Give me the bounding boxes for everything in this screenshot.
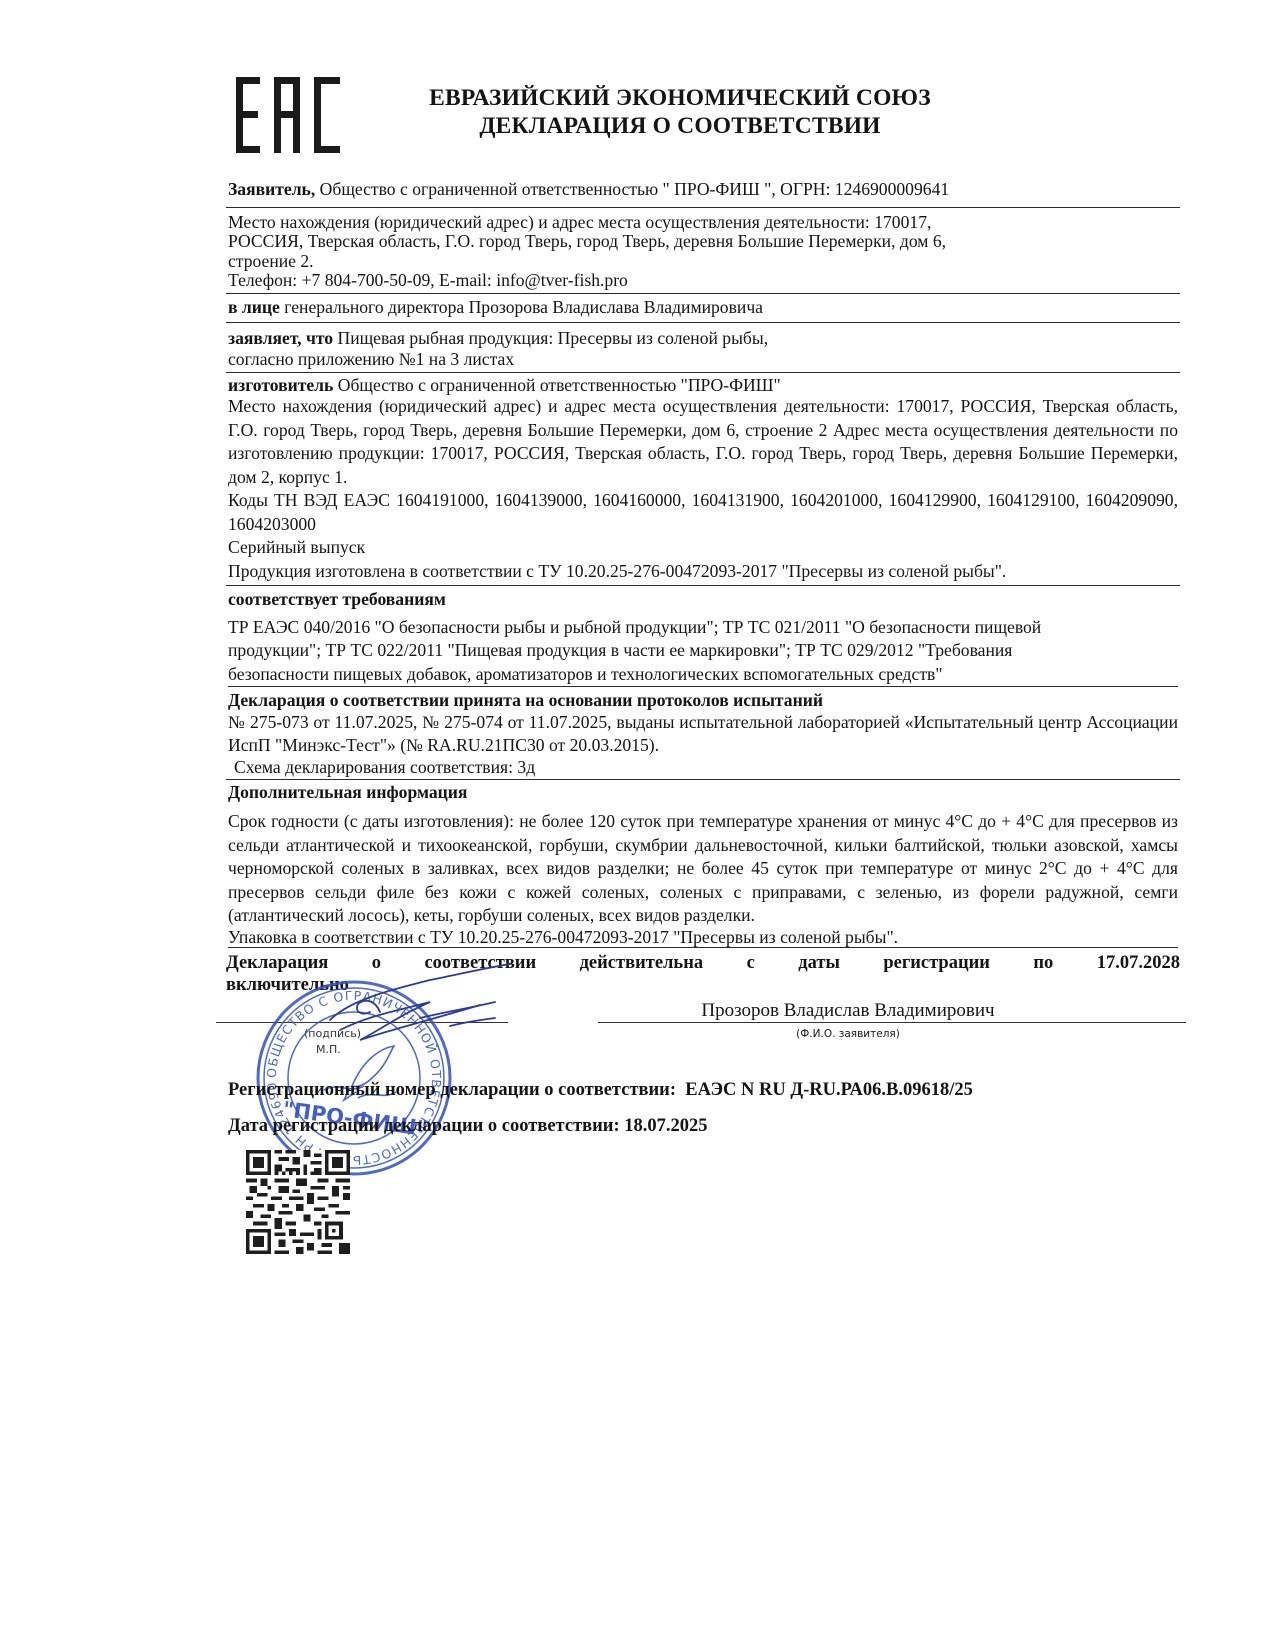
requirements-section: соответствует требованиям ТР ЕАЭС 040/20… bbox=[226, 586, 1180, 689]
registration-date: Дата регистрации декларации о соответств… bbox=[228, 1116, 708, 1137]
validity-word: регистрации bbox=[883, 952, 990, 974]
shelf-life-text: Срок годности (с даты изготовления): не … bbox=[228, 810, 1178, 928]
applicant-address-section: Место нахождения (юридический адрес) и а… bbox=[226, 208, 1180, 294]
registration-date-value: 18.07.2025 bbox=[624, 1116, 707, 1136]
applicant-section: Заявитель, Общество с ограниченной ответ… bbox=[226, 178, 1180, 208]
additional-label: Дополнительная информация bbox=[228, 783, 1178, 803]
declares-text: Пищевая рыбная продукция: Пресервы из со… bbox=[333, 328, 768, 348]
declares-label: заявляет, что bbox=[228, 328, 333, 348]
registration-number: Регистрационный номер декларации о соотв… bbox=[228, 1080, 973, 1101]
requirements-text: ТР ЕАЭС 040/2016 "О безопасности рыбы и … bbox=[228, 616, 1178, 688]
representative-label: в лице bbox=[228, 297, 280, 317]
registration-date-label: Дата регистрации декларации о соответств… bbox=[228, 1116, 620, 1136]
validity-word: даты bbox=[798, 952, 840, 974]
signatory-name: Прозоров Владислав Владимирович bbox=[598, 1000, 1098, 1022]
declaration-body: Заявитель, Общество с ограниченной ответ… bbox=[226, 178, 1180, 996]
eac-logo-icon bbox=[236, 77, 340, 153]
product-standard: Продукция изготовлена в соответствии с Т… bbox=[228, 560, 1178, 584]
manufacturer-address: Место нахождения (юридический адрес) и а… bbox=[228, 395, 1178, 489]
registration-number-value: ЕАЭС N RU Д-RU.РА06.В.09618/25 bbox=[685, 1080, 973, 1100]
validity-word: действительна bbox=[580, 952, 704, 974]
validity-word: с bbox=[747, 952, 755, 974]
basis-section: Декларация о соответствии принята на осн… bbox=[226, 689, 1180, 780]
applicant-address-line: Место нахождения (юридический адрес) и а… bbox=[228, 213, 1178, 233]
applicant-contacts: Телефон: +7 804-700-50-09, E-mail: info@… bbox=[228, 271, 1178, 291]
name-line bbox=[598, 1022, 1186, 1023]
handwritten-signature-icon bbox=[270, 960, 530, 1070]
requirements-label: соответствует требованиям bbox=[228, 590, 1178, 610]
basis-text: № 275-073 от 11.07.2025, № 275-074 от 11… bbox=[228, 711, 1178, 758]
title-union: ЕВРАЗИЙСКИЙ ЭКОНОМИЧЕСКИЙ СОЮЗ bbox=[380, 84, 980, 112]
declaration-scheme: Схема декларирования соответствия: 3д bbox=[228, 758, 1178, 778]
applicant-address-line: строение 2. bbox=[228, 252, 1178, 272]
title-declaration: ДЕКЛАРАЦИЯ О СООТВЕТСТВИИ bbox=[380, 112, 980, 140]
applicant-address-line: РОССИЯ, Тверская область, Г.О. город Тве… bbox=[228, 232, 1178, 252]
validity-word: по bbox=[1033, 952, 1053, 974]
document-title: ЕВРАЗИЙСКИЙ ЭКОНОМИЧЕСКИЙ СОЮЗ ДЕКЛАРАЦИ… bbox=[380, 84, 980, 140]
applicant-label: Заявитель, bbox=[228, 179, 315, 199]
manufacturer-label: изготовитель bbox=[228, 375, 333, 395]
validity-date: 17.07.2028 bbox=[1097, 952, 1180, 974]
declares-annex: согласно приложению №1 на 3 листах bbox=[228, 349, 1178, 370]
declaration-page: ЕВРАЗИЙСКИЙ ЭКОНОМИЧЕСКИЙ СОЮЗ ДЕКЛАРАЦИ… bbox=[0, 0, 1275, 1650]
representative-text: генерального директора Прозорова Владисл… bbox=[280, 297, 763, 317]
qr-code-icon[interactable] bbox=[246, 1150, 350, 1254]
registration-number-label: Регистрационный номер декларации о соотв… bbox=[228, 1080, 676, 1100]
manufacturer-section: изготовитель Общество с ограниченной отв… bbox=[226, 373, 1180, 587]
declares-section: заявляет, что Пищевая рыбная продукция: … bbox=[226, 323, 1180, 373]
basis-label: Декларация о соответствии принята на осн… bbox=[228, 691, 1178, 711]
hs-codes-label: Коды ТН ВЭД ЕАЭС bbox=[228, 490, 390, 510]
applicant-text: Общество с ограниченной ответственностью… bbox=[315, 179, 949, 199]
hs-codes: Коды ТН ВЭД ЕАЭС 1604191000, 1604139000,… bbox=[228, 489, 1178, 536]
signatory-name-caption: (Ф.И.О. заявителя) bbox=[598, 1028, 1098, 1040]
representative-section: в лице генерального директора Прозорова … bbox=[226, 294, 1180, 323]
release-type: Серийный выпуск bbox=[228, 536, 1178, 560]
packaging-text: Упаковка в соответствии с ТУ 10.20.25-27… bbox=[228, 928, 1178, 949]
manufacturer-text: Общество с ограниченной ответственностью… bbox=[333, 375, 780, 395]
additional-section: Дополнительная информация Срок годности … bbox=[226, 780, 1180, 950]
